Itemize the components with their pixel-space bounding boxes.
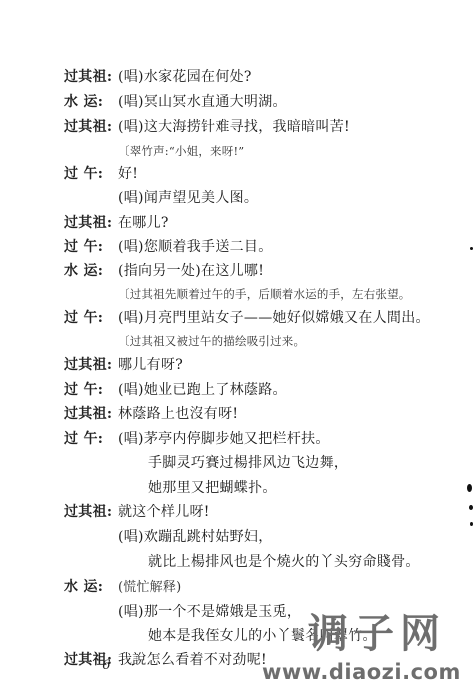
dialogue-line: 过其祖:(唱)水家花园在何处?: [64, 68, 252, 86]
stage-direction: 〔过其祖先顺着过午的手，后顺着水运的手，左右张望。: [64, 285, 411, 303]
speaker-name: 过其祖:: [64, 68, 118, 86]
speaker-name: 过其祖:: [64, 405, 118, 423]
dialogue-line: (唱)那一个不是嫦娥是玉兎，: [64, 603, 301, 621]
speaker-name: 水 运:: [64, 262, 118, 280]
line-text: 〔过其祖先顺着过午的手，后顺着水运的手，左右张望。: [118, 287, 411, 301]
dialogue-line: 过 午:(唱)茅亭内停脚步她又把栏杆扶。: [64, 430, 330, 448]
line-text: 好!: [118, 166, 138, 182]
scan-speck: [470, 247, 473, 250]
dialogue-line: (唱)闻声望见美人图。: [64, 189, 258, 207]
verse-continuation: 就比上楊排风也是个燒火的丫头穷命賤骨。: [148, 553, 420, 571]
line-text: 就这个样儿呀!: [118, 504, 210, 520]
line-text: (指向另一处)在这儿哪!: [118, 263, 264, 279]
line-text: 在哪儿?: [118, 215, 169, 231]
line-text: (唱)茅亭内停脚步她又把栏杆扶。: [118, 431, 330, 447]
scan-speck: [469, 505, 473, 510]
stage-direction: 〔翠竹声:“小姐，来呀!”: [64, 142, 244, 160]
speaker-name: 过 午:: [64, 381, 118, 399]
dialogue-line: 过其祖:就这个样儿呀!: [64, 503, 210, 521]
speaker-name: 过其祖:: [64, 503, 118, 521]
page-number: · 6 ·: [78, 658, 143, 673]
speaker-name: 过其祖:: [64, 356, 118, 374]
speaker-name: 过其祖:: [64, 214, 118, 232]
stage-direction: 〔过其祖又被过午的描绘吸引过来。: [64, 332, 305, 350]
line-text: (慌忙解释): [118, 580, 181, 595]
speaker-name: 过 午:: [64, 165, 118, 183]
line-text: (唱)那一个不是嫦娥是玉兎，: [118, 604, 301, 620]
dialogue-line: 过 午:(唱)她业已跑上了林蔭路。: [64, 381, 287, 399]
dialogue-line: 过其祖:在哪儿?: [64, 214, 169, 232]
speaker-name: 过 午:: [64, 309, 118, 327]
line-text: 〔过其祖又被过午的描绘吸引过来。: [118, 334, 305, 348]
watermark-url: www.diaozi.com: [262, 660, 461, 684]
dialogue-line: 过 午:好!: [64, 165, 138, 183]
watermark-site-name: 调子网: [308, 612, 446, 656]
line-text: (唱)闻声望见美人图。: [118, 190, 258, 206]
dialogue-line: 过 午:(唱)月亮門里站女子——她好似嫦娥又在人間出。: [64, 309, 430, 327]
dialogue-line: 过其祖:哪儿有呀?: [64, 356, 183, 374]
scan-speck: [470, 522, 473, 526]
dialogue-line: 过 午:(唱)您顺着我手送二目。: [64, 238, 273, 256]
line-text: (唱)水家花园在何处?: [118, 69, 252, 85]
speaker-name: 水 运:: [64, 578, 118, 596]
speaker-name: 过 午:: [64, 238, 118, 256]
line-text: (唱)她业已跑上了林蔭路。: [118, 382, 287, 398]
scan-speck: [467, 484, 472, 492]
line-text: 手脚灵巧賽过楊排风边飞边舞，: [148, 455, 348, 471]
speaker-name: 过 午:: [64, 430, 118, 448]
dialogue-line: 过其祖:(唱)这大海捞针难寻找，我暗暗叫苦!: [64, 118, 350, 136]
dialogue-line: (唱)欢蹦乱跳村姑野妇，: [64, 528, 273, 546]
line-text: 〔翠竹声:“小姐，来呀!”: [118, 144, 244, 158]
verse-continuation: 她那里又把蝴蝶扑。: [148, 479, 277, 497]
line-text: 哪儿有呀?: [118, 357, 183, 373]
line-text: (唱)冥山冥水直通大明湖。: [118, 94, 287, 110]
script-page: 过其祖:(唱)水家花园在何处? 水 运:(唱)冥山冥水直通大明湖。 过其祖:(唱…: [0, 0, 475, 690]
line-text: 林蔭路上也沒有呀!: [118, 406, 238, 422]
line-text: (唱)月亮門里站女子——她好似嫦娥又在人間出。: [118, 310, 430, 326]
line-text: (唱)您顺着我手送二目。: [118, 239, 273, 255]
speaker-name: 水 运:: [64, 93, 118, 111]
dialogue-line: 过其祖:林蔭路上也沒有呀!: [64, 405, 238, 423]
verse-continuation: 手脚灵巧賽过楊排风边飞边舞，: [148, 454, 348, 472]
line-text: (唱)这大海捞针难寻找，我暗暗叫苦!: [118, 119, 350, 135]
line-text: 她那里又把蝴蝶扑。: [148, 480, 277, 496]
line-text: 就比上楊排风也是个燒火的丫头穷命賤骨。: [148, 554, 420, 570]
dialogue-line: 水 运:(唱)冥山冥水直通大明湖。: [64, 93, 287, 111]
dialogue-line: 水 运:(指向另一处)在这儿哪!: [64, 262, 264, 280]
line-text: (唱)欢蹦乱跳村姑野妇，: [118, 529, 273, 545]
dialogue-line: 水 运:(慌忙解释): [64, 578, 181, 597]
speaker-name: 过其祖:: [64, 118, 118, 136]
